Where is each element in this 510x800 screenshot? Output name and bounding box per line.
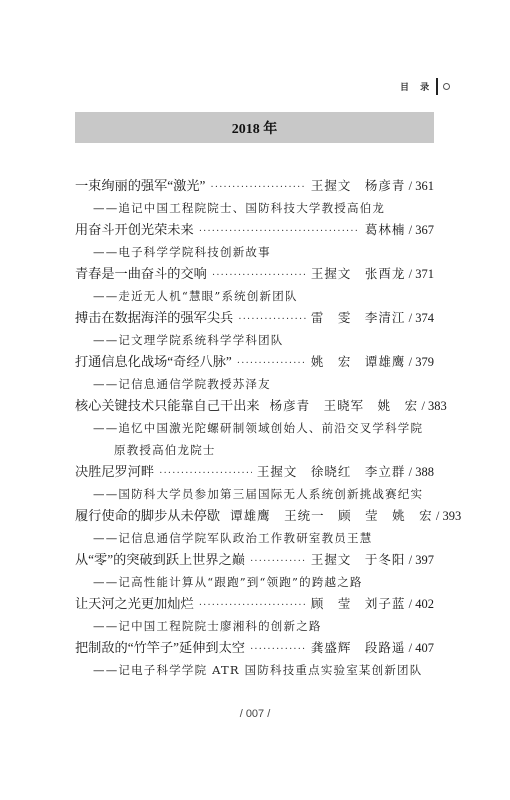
article-subtitle: ——走近无人机“慧眼”系统创新团队 xyxy=(75,285,434,307)
leader-dots xyxy=(250,639,306,661)
toc-title-row[interactable]: 青春是一曲奋斗的交响王握文 张酉龙 / 371 xyxy=(75,263,434,285)
leader-dots xyxy=(159,463,252,485)
toc-entry[interactable]: 把制敌的“竹竿子”延伸到太空龚盛辉 段路遥 / 407——记电子科学学院 ATR… xyxy=(75,637,434,681)
article-title[interactable]: 打通信息化战场“奇经八脉” xyxy=(75,351,232,373)
page-number: / 007 / xyxy=(0,708,510,720)
article-page-number: / 383 xyxy=(421,395,446,417)
article-authors: 雷 雯 李清江 xyxy=(311,307,406,329)
article-title[interactable]: 用奋斗开创光荣未来 xyxy=(75,219,194,241)
article-authors: 王握文 杨彦青 xyxy=(311,175,406,197)
article-page-number: / 374 xyxy=(409,307,434,329)
article-title[interactable]: 一束绚丽的强军“激光” xyxy=(75,175,205,197)
toc-title-row[interactable]: 打通信息化战场“奇经八脉”姚 宏 谭雄鹰 / 379 xyxy=(75,351,434,373)
article-authors: 顾 莹 刘子蓝 xyxy=(311,593,406,615)
article-subtitle: ——记中国工程院院士廖湘科的创新之路 xyxy=(75,615,434,637)
article-page-number: / 367 xyxy=(409,219,434,241)
article-authors: 王握文 徐晓红 李立群 xyxy=(257,461,406,483)
article-authors: 杨彦青 王晓军 姚 宏 xyxy=(270,395,419,417)
article-authors: 姚 宏 谭雄鹰 xyxy=(311,351,406,373)
article-authors: 王握文 于冬阳 xyxy=(311,549,406,571)
section-year-header: 2018 年 xyxy=(75,112,434,143)
toc-entry[interactable]: 一束绚丽的强军“激光”王握文 杨彦青 / 361——追记中国工程院院士、国防科技… xyxy=(75,175,434,219)
article-title[interactable]: 让天河之光更加灿烂 xyxy=(75,593,194,615)
article-subtitle: ——追忆中国激光陀螺研制领域创始人、前沿交叉学科学院 xyxy=(75,417,434,439)
article-title[interactable]: 核心关键技术只能靠自己干出来 xyxy=(75,395,260,417)
article-title[interactable]: 搏击在数据海洋的强军尖兵 xyxy=(75,307,233,329)
article-title[interactable]: 从“零”的突破到跃上世界之巅 xyxy=(75,549,245,571)
article-authors: 葛林楠 xyxy=(365,219,406,241)
article-title[interactable]: 青春是一曲奋斗的交响 xyxy=(75,263,207,285)
toc-entry[interactable]: 用奋斗开创光荣未来葛林楠 / 367——电子科学学院科技创新故事 xyxy=(75,219,434,263)
toc-entry[interactable]: 从“零”的突破到跃上世界之巅王握文 于冬阳 / 397——记高性能计算从“跟跑”… xyxy=(75,549,434,593)
article-subtitle: ——电子科学学院科技创新故事 xyxy=(75,241,434,263)
article-title[interactable]: 把制敌的“竹竿子”延伸到太空 xyxy=(75,637,245,659)
article-subtitle: ——记文理学院系统科学学科团队 xyxy=(75,329,434,351)
article-subtitle: ——记电子科学学院 ATR 国防科技重点实验室某创新团队 xyxy=(75,659,434,681)
toc-title-row[interactable]: 把制敌的“竹竿子”延伸到太空龚盛辉 段路遥 / 407 xyxy=(75,637,434,659)
toc-entry[interactable]: 核心关键技术只能靠自己干出来杨彦青 王晓军 姚 宏 / 383——追忆中国激光陀… xyxy=(75,395,434,461)
toc-title-row[interactable]: 搏击在数据海洋的强军尖兵雷 雯 李清江 / 374 xyxy=(75,307,434,329)
toc-title-row[interactable]: 一束绚丽的强军“激光”王握文 杨彦青 / 361 xyxy=(75,175,434,197)
leader-dots xyxy=(210,177,305,199)
article-subtitle: ——记高性能计算从“跟跑”到“领跑”的跨越之路 xyxy=(75,571,434,593)
section-year: 2018 年 xyxy=(232,118,278,138)
leader-dots xyxy=(199,221,360,243)
article-page-number: / 371 xyxy=(409,263,434,285)
toc-entry[interactable]: 搏击在数据海洋的强军尖兵雷 雯 李清江 / 374——记文理学院系统科学学科团队 xyxy=(75,307,434,351)
toc-entry[interactable]: 打通信息化战场“奇经八脉”姚 宏 谭雄鹰 / 379——记信息通信学院教授苏泽友 xyxy=(75,351,434,395)
divider-bar xyxy=(436,78,438,95)
article-page-number: / 379 xyxy=(409,351,434,373)
article-title[interactable]: 决胜尼罗河畔 xyxy=(75,461,154,483)
leader-dots xyxy=(199,595,306,617)
toc-title-row[interactable]: 履行使命的脚步从未停歇谭雄鹰 王统一 顾 莹 姚 宏 / 393 xyxy=(75,505,434,527)
article-subtitle: ——记信息通信学院军队政治工作教研室教员王慧 xyxy=(75,527,434,549)
article-page-number: / 393 xyxy=(436,505,461,527)
toc-title-row[interactable]: 核心关键技术只能靠自己干出来杨彦青 王晓军 姚 宏 / 383 xyxy=(75,395,434,417)
article-authors: 谭雄鹰 王统一 顾 莹 姚 宏 xyxy=(230,505,433,527)
toc-title-row[interactable]: 让天河之光更加灿烂顾 莹 刘子蓝 / 402 xyxy=(75,593,434,615)
toc-entry[interactable]: 青春是一曲奋斗的交响王握文 张酉龙 / 371——走近无人机“慧眼”系统创新团队 xyxy=(75,263,434,307)
article-subtitle: ——追记中国工程院院士、国防科技大学教授高伯龙 xyxy=(75,197,434,219)
toc-title-row[interactable]: 从“零”的突破到跃上世界之巅王握文 于冬阳 / 397 xyxy=(75,549,434,571)
article-authors: 龚盛辉 段路遥 xyxy=(311,637,406,659)
leader-dots xyxy=(212,265,306,287)
article-authors: 王握文 张酉龙 xyxy=(311,263,406,285)
table-of-contents: 一束绚丽的强军“激光”王握文 杨彦青 / 361——追记中国工程院院士、国防科技… xyxy=(75,175,434,681)
running-head-label: 目 录 xyxy=(400,80,433,93)
running-head: 目 录 xyxy=(400,78,450,95)
leader-dots xyxy=(237,353,306,375)
article-subtitle: ——国防科大学员参加第三届国际无人系统创新挑战赛纪实 xyxy=(75,483,434,505)
article-subtitle: 原教授高伯龙院士 xyxy=(75,439,434,461)
circle-marker-icon xyxy=(443,83,450,90)
leader-dots xyxy=(238,309,306,331)
toc-entry[interactable]: 履行使命的脚步从未停歇谭雄鹰 王统一 顾 莹 姚 宏 / 393——记信息通信学… xyxy=(75,505,434,549)
article-title[interactable]: 履行使命的脚步从未停歇 xyxy=(75,505,220,527)
toc-title-row[interactable]: 决胜尼罗河畔王握文 徐晓红 李立群 / 388 xyxy=(75,461,434,483)
toc-entry[interactable]: 决胜尼罗河畔王握文 徐晓红 李立群 / 388——国防科大学员参加第三届国际无人… xyxy=(75,461,434,505)
article-page-number: / 361 xyxy=(409,175,434,197)
toc-entry[interactable]: 让天河之光更加灿烂顾 莹 刘子蓝 / 402——记中国工程院院士廖湘科的创新之路 xyxy=(75,593,434,637)
leader-dots xyxy=(250,551,306,573)
article-page-number: / 407 xyxy=(409,637,434,659)
article-page-number: / 402 xyxy=(409,593,434,615)
article-subtitle: ——记信息通信学院教授苏泽友 xyxy=(75,373,434,395)
article-page-number: / 388 xyxy=(409,461,434,483)
toc-title-row[interactable]: 用奋斗开创光荣未来葛林楠 / 367 xyxy=(75,219,434,241)
article-page-number: / 397 xyxy=(409,549,434,571)
